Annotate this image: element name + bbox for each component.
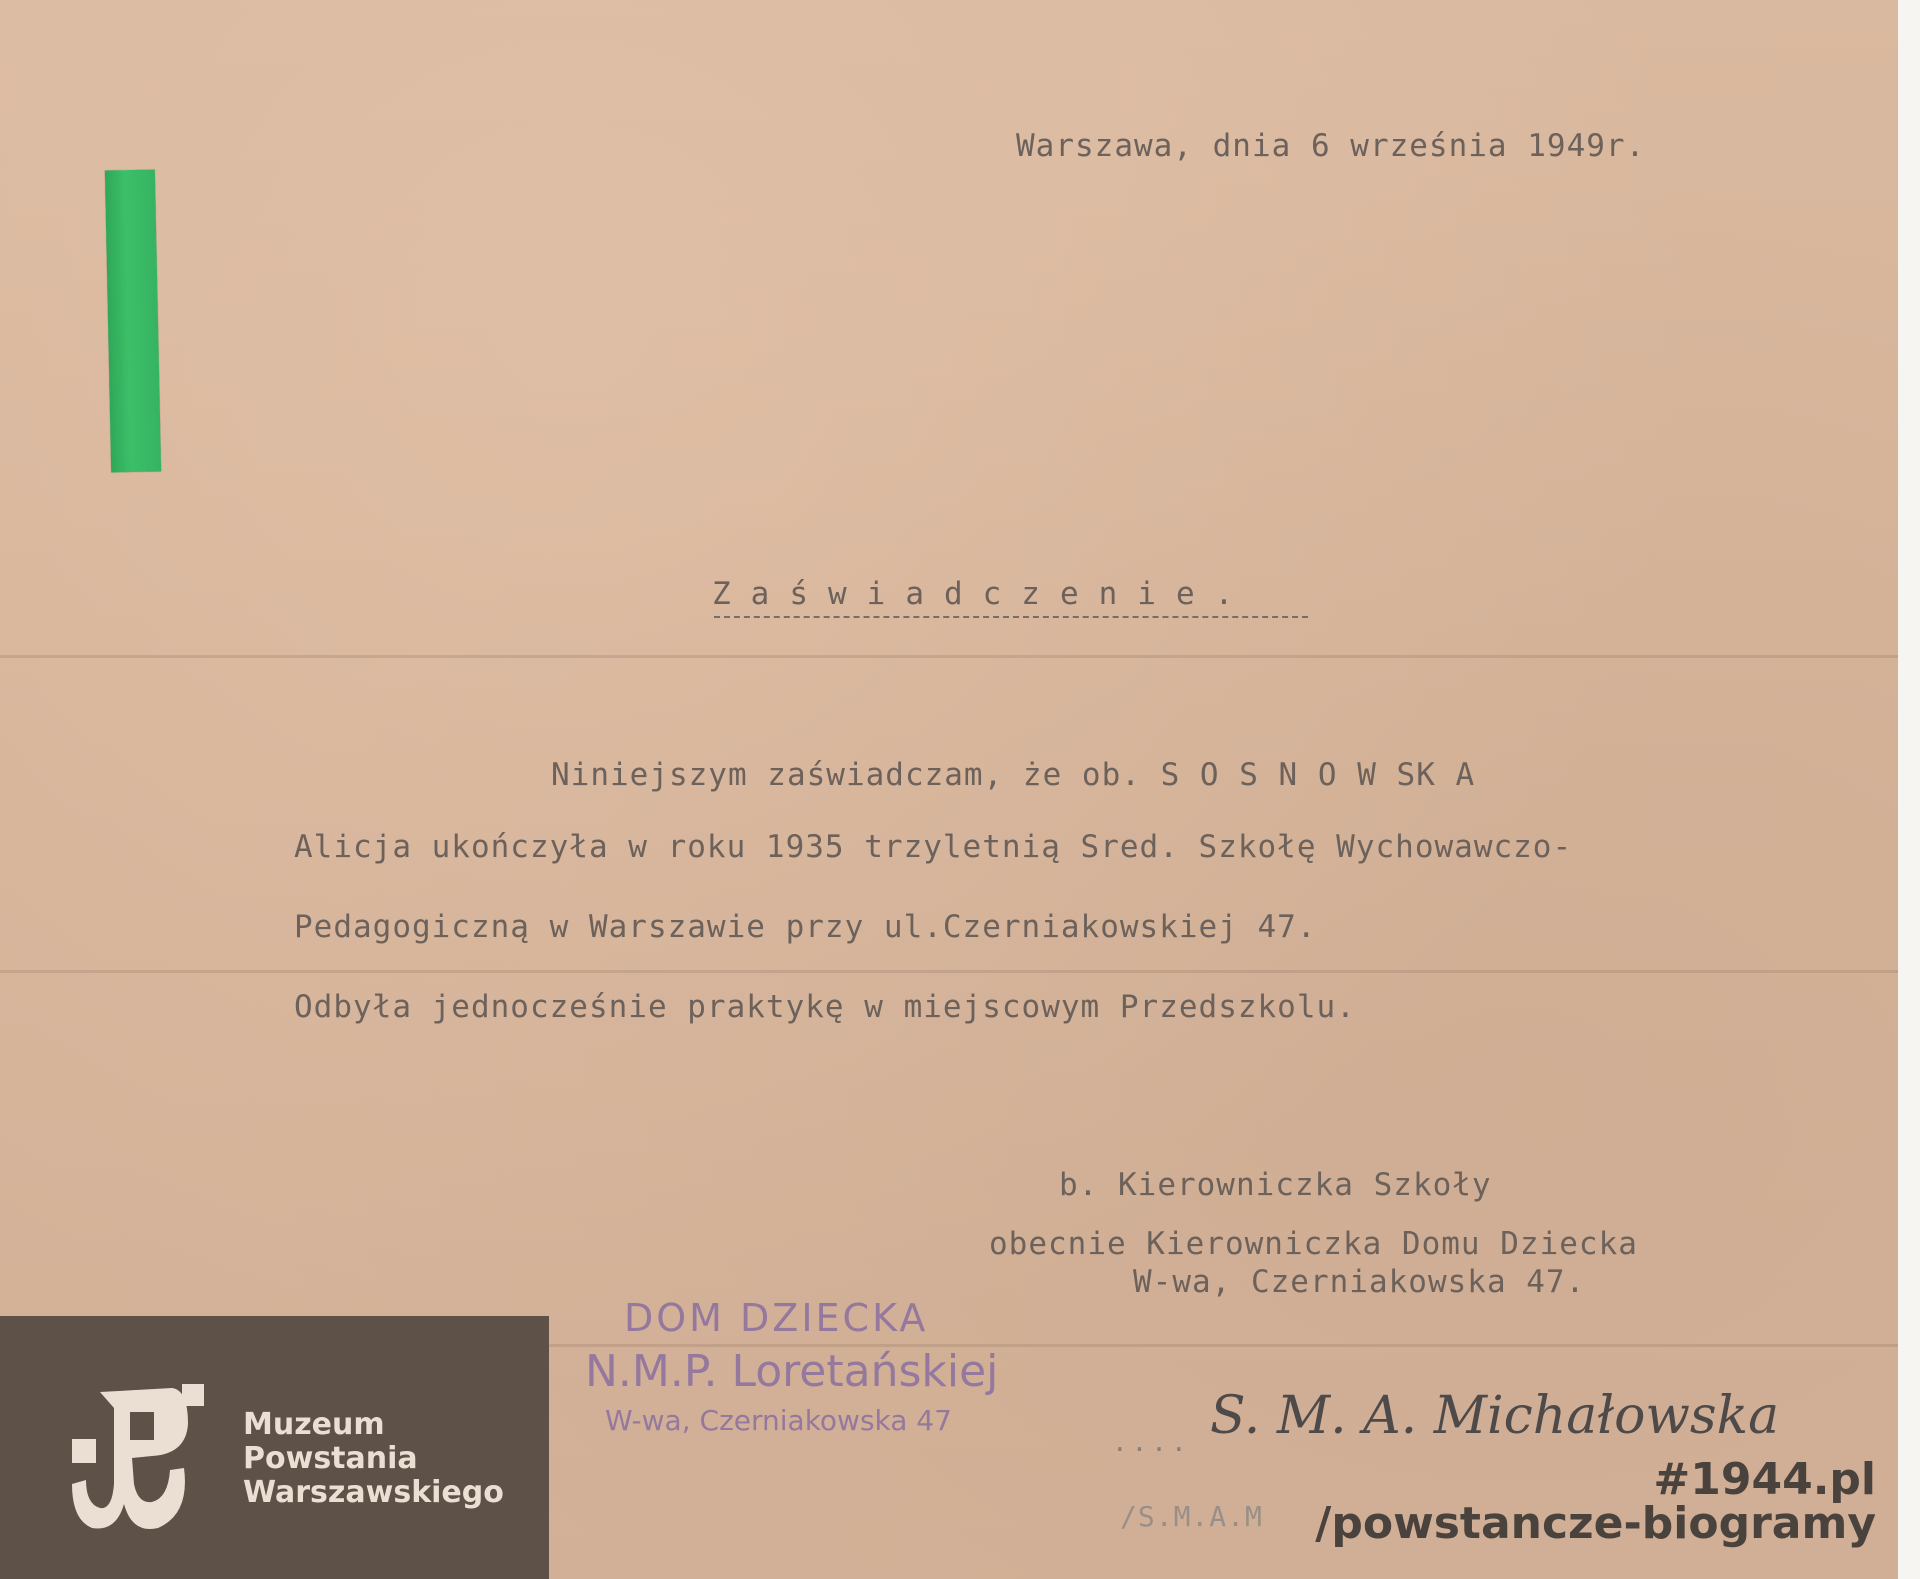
- date-line: Warszawa, dnia 6 września 1949r.: [1016, 128, 1645, 164]
- museum-name-line-1: Muzeum: [243, 1408, 504, 1442]
- stamp-line-1: DOM DZIECKA: [624, 1296, 928, 1340]
- stamp-line-3: W-wa, Czerniakowska 47: [605, 1404, 952, 1437]
- museum-name-line-2: Powstania: [243, 1442, 504, 1476]
- signature-title-3: W-wa, Czerniakowska 47.: [1133, 1264, 1585, 1300]
- handwritten-signature: S. M. A. Michałowska: [1210, 1386, 1779, 1446]
- museum-logo-box: Muzeum Powstania Warszawskiego: [0, 1316, 549, 1579]
- powstancze-biogramy-link: /powstancze-biogramy: [1315, 1498, 1876, 1549]
- signature-title-1: b. Kierowniczka Szkoły: [1059, 1167, 1492, 1203]
- museum-name-line-3: Warszawskiego: [243, 1476, 504, 1510]
- document-title: Zaświadczenie.: [712, 576, 1253, 612]
- museum-name: Muzeum Powstania Warszawskiego: [243, 1408, 504, 1510]
- body-line-1: Niniejszym zaświadczam, że ob. S O S N O…: [551, 757, 1475, 793]
- title-underline: [714, 616, 1308, 618]
- paper-fold-line: [0, 970, 1898, 973]
- body-line-3: Pedagogiczną w Warszawie przy ul.Czernia…: [294, 909, 1317, 945]
- green-ribbon: [105, 170, 161, 473]
- signature-title-2: obecnie Kierowniczka Domu Dziecka: [989, 1226, 1638, 1262]
- signature-dots: ....: [1112, 1428, 1191, 1458]
- typed-name: /S.M.A.M: [1120, 1500, 1263, 1533]
- body-line-4: Odbyła jednocześnie praktykę w miejscowy…: [294, 989, 1356, 1025]
- anchor-kotwica-icon: [72, 1384, 204, 1534]
- stamp-line-2: N.M.P. Loretańskiej: [585, 1346, 998, 1397]
- body-line-2: Alicja ukończyła w roku 1935 trzyletnią …: [294, 829, 1572, 865]
- paper-fold-line: [0, 655, 1898, 658]
